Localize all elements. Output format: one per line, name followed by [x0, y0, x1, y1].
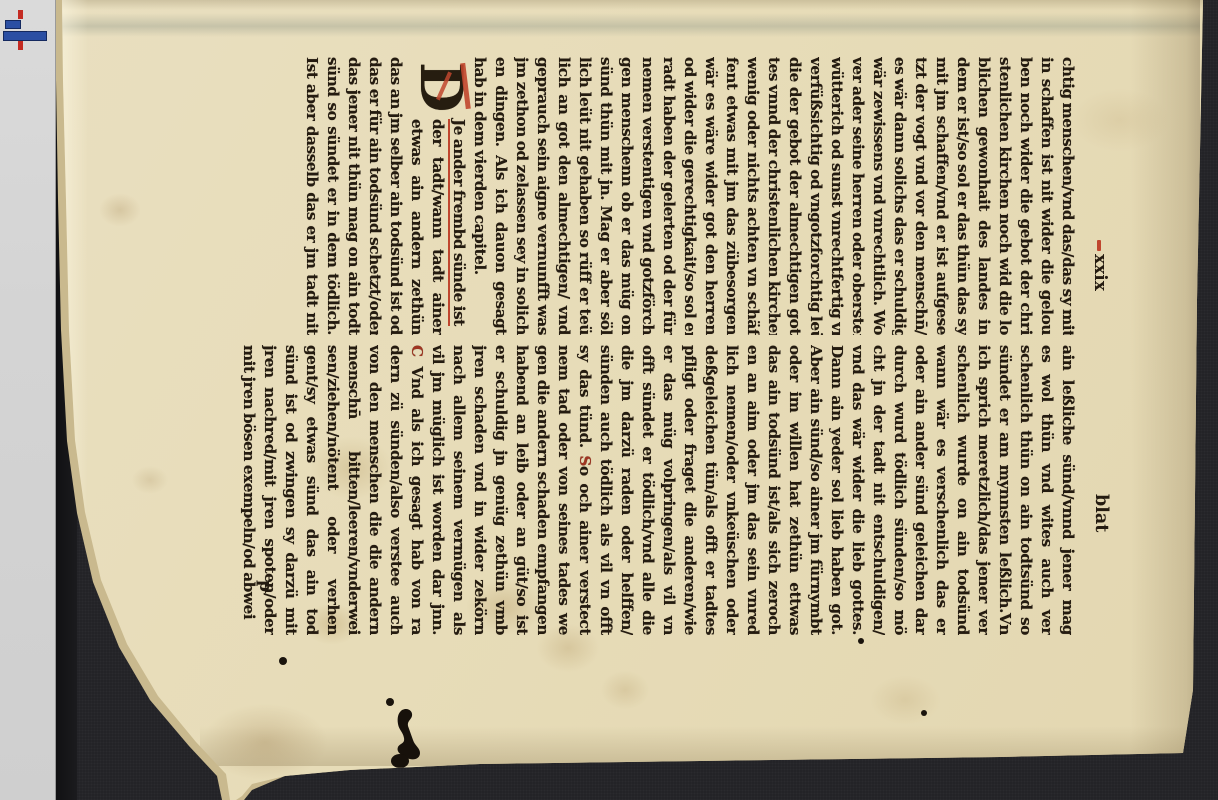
- text-line: od wider die gerechtigkait/so sol er: [679, 57, 700, 335]
- text-line: schenlich wurde on ain todsünd: [952, 345, 973, 635]
- text-line: er das müg volpringen/als vil vn: [658, 345, 679, 635]
- text-line: cht jn der tadt nit entschuldigen/: [868, 345, 889, 635]
- library-sidebar: [0, 0, 56, 800]
- text-line: ver ader seine herren oder obersten: [847, 57, 868, 335]
- text-line: sünden auch tödlich als vil vn offt: [595, 345, 616, 635]
- text-line: die jm darzü raden oder helffen/: [616, 345, 637, 635]
- text-line: wütterich od sunst vnrechtfertig vn: [826, 57, 847, 335]
- text-line: lich leüt nit gehaben so rüff er teü: [574, 57, 595, 335]
- library-logo-icon: [0, 0, 55, 60]
- text-column-2: ain leßliche sünd/vnnd jener mages wol t…: [238, 345, 1078, 635]
- text-line: Aber ain sünd/so ainer jm fürnymbt: [805, 345, 826, 635]
- scan-viewer: D chtig menschen/vnd das/das sy mitin sc…: [0, 0, 1218, 800]
- text-line: Ist aber dasselb das er jm tadt nit: [301, 57, 322, 335]
- text-line: gent/sy etwas sünd das ain tod: [301, 345, 322, 635]
- text-line: sündet er am mynnsten leßlich.Vn: [994, 345, 1015, 635]
- ink-dot: [279, 657, 287, 665]
- text-line: ich sprich meretzlich/das jener ver: [973, 345, 994, 635]
- text-line: nemen verstentigen vnd gotzförch: [637, 57, 658, 335]
- text-line: in schaffen ist nit wider die gelou: [1036, 57, 1057, 335]
- text-line: es wol thün vnd wites auch ver: [1036, 345, 1057, 635]
- text-line: es wär dann solichs das er schuldig: [889, 57, 910, 335]
- text-line: wann wär es verschenlich das er: [931, 345, 952, 635]
- logo-red-square-bottom: [18, 41, 23, 50]
- text-line: wär es wäre wider got den herren: [700, 57, 721, 335]
- text-line: ben noch wider die gebot der chri: [1015, 57, 1036, 335]
- ink-dot: [858, 638, 864, 644]
- text-line: fent etwas mit jm das zübesorgen: [721, 57, 742, 335]
- ink-dot: [386, 698, 394, 706]
- text-line: er schuldig jn genüg zethün vmb: [490, 345, 511, 635]
- folio-number: xxix: [1090, 240, 1110, 312]
- text-line: tes vnnd der christenlichen kirchen: [763, 57, 784, 335]
- text-line: sy das tünd. So och ainer verstect: [574, 345, 595, 635]
- text-line: verfüßsichtig od vngotzforchtig leüt: [805, 57, 826, 335]
- text-line: oder ain ander sünd geleichen dar: [910, 345, 931, 635]
- text-line: jm zethon od zelassen sey in solich: [511, 57, 532, 335]
- text-line: nach allem seinem vermügen als: [448, 345, 469, 635]
- text-line: C Vnd als ich gesagt hab von ra: [406, 345, 427, 635]
- text-line: dern zü sünden/also verstee auch: [385, 345, 406, 635]
- text-line: menschn̄ bitten/leeren/vnderwei: [343, 345, 364, 635]
- text-line: en dingen. Als ich dauon gesagt: [490, 57, 511, 335]
- text-line: pfligt oder fraget die anderen/wie: [679, 345, 700, 635]
- text-line: habend an leib oder an güt/so ist: [511, 345, 532, 635]
- text-line: durch wurd tödlich sünden/so mö: [889, 345, 910, 635]
- text-line: sen/ziehen/nötent oder verhen: [322, 345, 343, 635]
- text-line: ain leßliche sünd/vnnd jener mag: [1057, 345, 1078, 635]
- text-line: von den menschen die die andern: [364, 345, 385, 635]
- text-line: vil jm müglich ist worden dar jnn.: [427, 345, 448, 635]
- text-column-1: D chtig menschen/vnd das/das sy mitin sc…: [301, 57, 1078, 335]
- text-line: mit jm schaffen/vnd er ist aufgese: [931, 57, 952, 335]
- text-line: tzt der vogt vnd vor den menschn̄/: [910, 57, 931, 335]
- rubric-tick-icon: [1098, 240, 1102, 251]
- logo-red-square-top: [18, 10, 23, 19]
- text-line: sünd so sündet er in dem tödlich.: [322, 57, 343, 335]
- text-line: das er für ain todsünd schetzt/oder: [364, 57, 385, 335]
- text-line: wär zewissens vnd vnrechtlich. Wo: [868, 57, 889, 335]
- folio-word: blat: [1091, 494, 1111, 558]
- logo-blue-bar-long: [3, 31, 47, 41]
- text-line: schenlich thün on ain todtsünd so: [1015, 345, 1036, 635]
- text-line: die der gebot der almechtigen got: [784, 57, 805, 335]
- ink-dot: [921, 710, 927, 716]
- text-line: en an aim oder jm das sein vnred: [742, 345, 763, 635]
- text-line: stenlichen kirchen noch wid die lo: [994, 57, 1015, 335]
- text-line: Dann ain yeder sol lieb haben got.: [826, 345, 847, 635]
- text-line: lich an got den almechtigen/ vnd: [553, 57, 574, 335]
- signature-mark: p: [255, 580, 275, 606]
- text-line: das jener nit thün mag on ain todt: [343, 57, 364, 335]
- text-line: dem er ist/so sol er das thün das sy: [952, 57, 973, 335]
- text-line: vnd das wär wider die lieb gottes.: [847, 345, 868, 635]
- text-line: das ain todsünd ist/als sich zeroch: [763, 345, 784, 635]
- text-line: nem tad oder von seines tades we: [553, 345, 574, 635]
- text-line: oder im willen hat zethün ettwas: [784, 345, 805, 635]
- text-line: wenig oder nichts achten vn schäf: [742, 57, 763, 335]
- text-line: gen die andern schaden empfangen: [532, 345, 553, 635]
- text-line: sünd ist od zwingen sy darzü mit: [280, 345, 301, 635]
- ink-blot-squiggle: [388, 706, 422, 770]
- text-line: blichen gewonhait des landes in: [973, 57, 994, 335]
- text-line: offt sündet er tödlich/vnd alle die: [637, 345, 658, 635]
- text-line: das an jm selber ain todsünd ist od: [385, 57, 406, 335]
- text-line: chtig menschen/vnd das/das sy mit: [1057, 57, 1078, 335]
- text-line: geprauch sein aigne vernunfft was: [532, 57, 553, 335]
- logo-blue-bar-short: [5, 20, 21, 29]
- book-page: D chtig menschen/vnd das/das sy mitin sc…: [0, 0, 1218, 800]
- text-line: lich nemen/oder vnkeüschen oder: [721, 345, 742, 635]
- text-line: sünd thün mit jn. Mag er aber söl: [595, 57, 616, 335]
- text-line: radt haben der gelerten od der für: [658, 57, 679, 335]
- text-line: jren schaden vnd in wider zekörn: [469, 345, 490, 635]
- drop-cap-initial: D: [406, 57, 472, 117]
- text-line: deßgeleichen tün/als offt er tadtes: [700, 345, 721, 635]
- text-line: gen menschenn ob er das müg on: [616, 57, 637, 335]
